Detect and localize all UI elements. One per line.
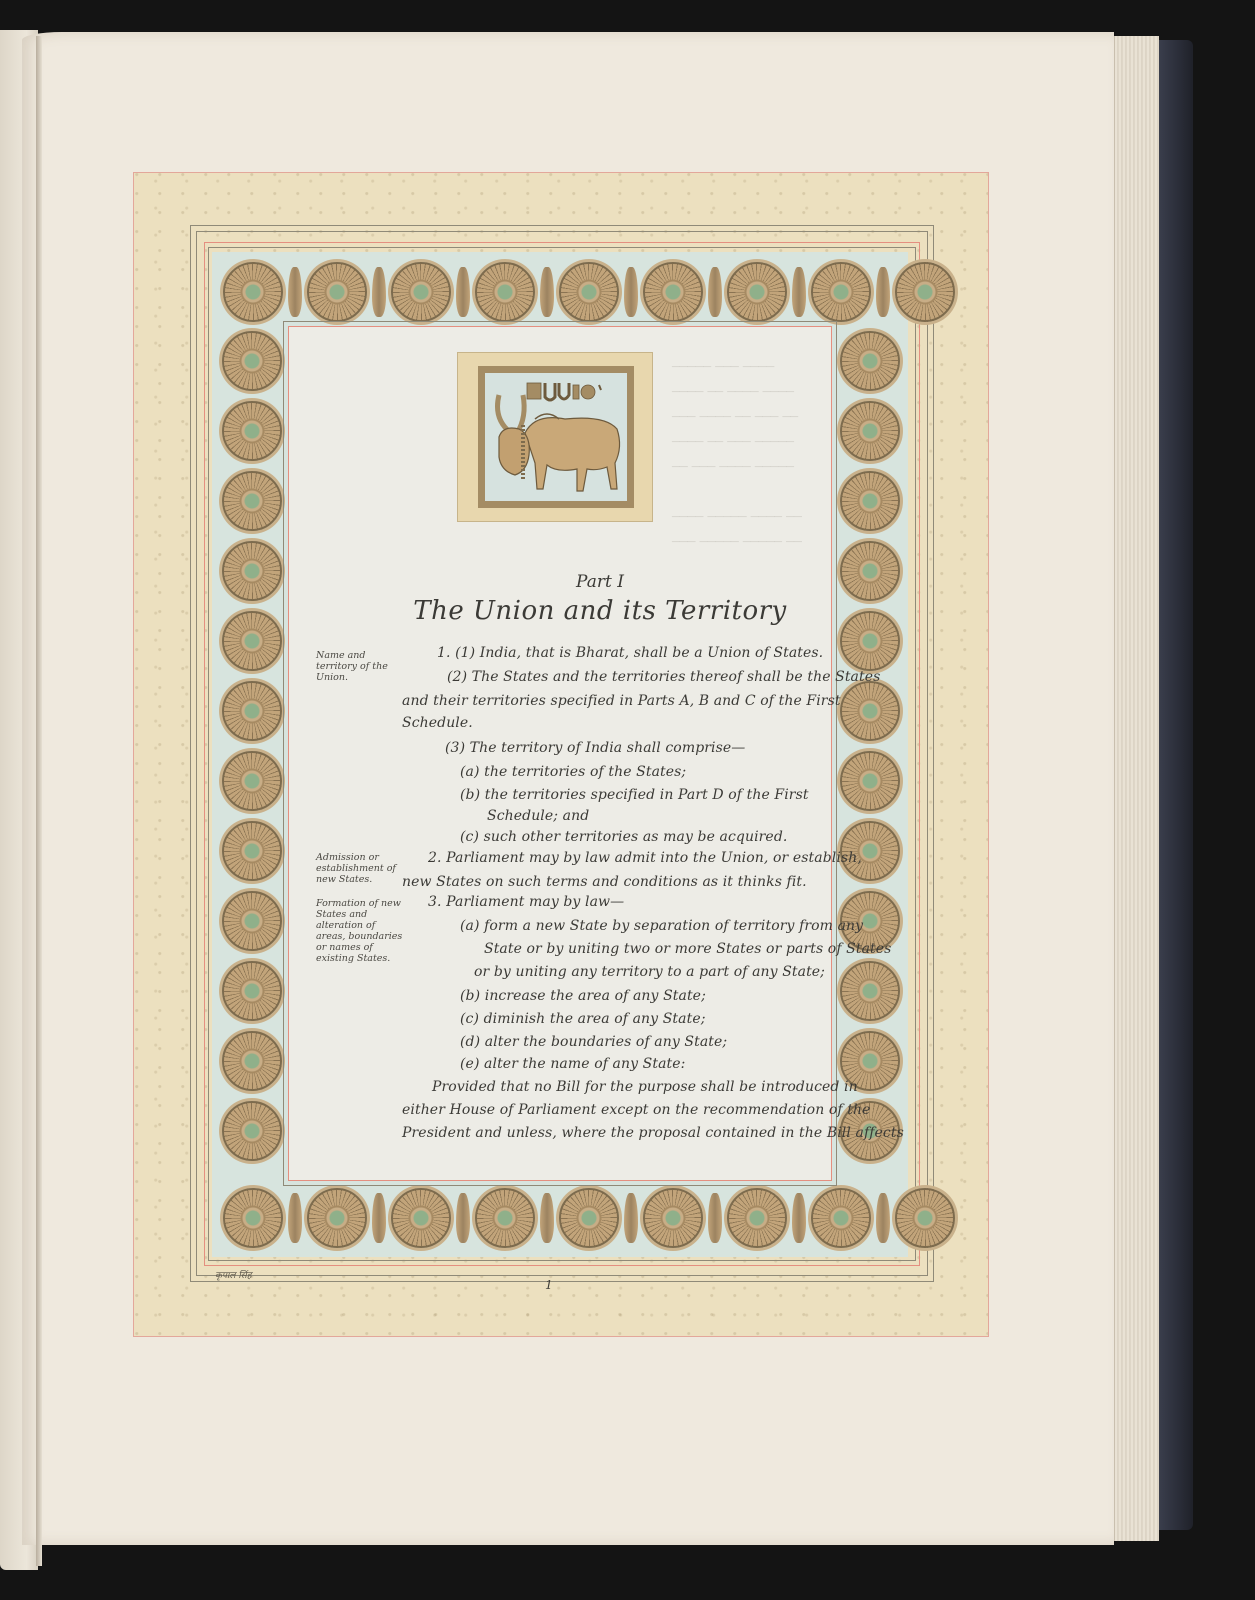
- sunflower-icon: [222, 891, 282, 951]
- article-3-proviso-end: President and unless, where the proposal…: [402, 1125, 904, 1141]
- article-1-clause-3a: (a) the territories of the States;: [460, 764, 686, 780]
- floral-border-left: [218, 326, 286, 1166]
- article-1-clause-2-end: Schedule.: [402, 715, 473, 731]
- sunflower-icon: [727, 262, 787, 322]
- article-1-clause-2-cont: and their territories specified in Parts…: [402, 693, 841, 709]
- article-3b: (b) increase the area of any State;: [460, 988, 706, 1004]
- margin-note-formation: Formation of new States and alteration o…: [316, 898, 404, 964]
- article-2-cont: new States on such terms and conditions …: [402, 874, 807, 890]
- leaf-icon: [456, 1193, 470, 1243]
- leaf-icon: [876, 267, 890, 317]
- sunflower-icon: [895, 1188, 955, 1248]
- article-3-proviso-cont: either House of Parliament except on the…: [402, 1102, 870, 1118]
- sunflower-icon: [222, 961, 282, 1021]
- page-stack-edge: [1114, 36, 1159, 1541]
- artist-signature: कृपाल सिंह: [215, 1268, 252, 1281]
- article-3-proviso: Provided that no Bill for the purpose sh…: [432, 1079, 858, 1095]
- floral-border-bottom: [218, 1184, 960, 1252]
- article-1-clause-3: (3) The territory of India shall compris…: [445, 740, 745, 756]
- floral-border-top: [218, 258, 960, 326]
- book-gutter: [36, 36, 42, 1566]
- sunflower-icon: [811, 1188, 871, 1248]
- article-3d: (d) alter the boundaries of any State;: [460, 1034, 727, 1050]
- sunflower-icon: [223, 262, 283, 322]
- sunflower-icon: [643, 1188, 703, 1248]
- sunflower-icon: [840, 751, 900, 811]
- sunflower-icon: [559, 262, 619, 322]
- leaf-icon: [288, 1193, 302, 1243]
- article-2: 2. Parliament may by law admit into the …: [428, 850, 862, 866]
- leaf-icon: [540, 1193, 554, 1243]
- bleed-through-text: ─── ───── ───── ──: [672, 535, 802, 550]
- bleed-through-text: ── ─── ──── ─────: [672, 460, 794, 475]
- leaf-icon: [456, 267, 470, 317]
- part-label: Part I: [540, 572, 660, 592]
- sunflower-icon: [222, 751, 282, 811]
- leaf-icon: [708, 1193, 722, 1243]
- article-1-clause-2: (2) The States and the territories there…: [447, 669, 880, 685]
- sunflower-icon: [307, 1188, 367, 1248]
- sunflower-icon: [840, 471, 900, 531]
- sunflower-icon: [895, 262, 955, 322]
- sunflower-icon: [840, 401, 900, 461]
- sunflower-icon: [811, 262, 871, 322]
- margin-note-admission: Admission or establishment of new States…: [316, 852, 404, 885]
- leaf-icon: [540, 267, 554, 317]
- bull-seal-icon: [485, 373, 627, 501]
- sunflower-icon: [840, 611, 900, 671]
- article-1-clause-3c: (c) such other territories as may be acq…: [460, 829, 787, 845]
- sunflower-icon: [643, 262, 703, 322]
- article-1-clause-1: 1. (1) India, that is Bharat, shall be a…: [437, 645, 823, 661]
- sunflower-icon: [840, 331, 900, 391]
- article-3c: (c) diminish the area of any State;: [460, 1011, 706, 1027]
- article-3a-cont: State or by uniting two or more States o…: [484, 941, 891, 957]
- article-3e: (e) alter the name of any State:: [460, 1056, 685, 1072]
- article-3: 3. Parliament may by law—: [428, 894, 624, 910]
- sunflower-icon: [222, 331, 282, 391]
- sunflower-icon: [222, 611, 282, 671]
- bleed-through-text: ──── ── ─── ─────: [672, 435, 794, 450]
- sunflower-icon: [223, 1188, 283, 1248]
- bleed-through-text: ───── ─── ────: [672, 360, 774, 375]
- sunflower-icon: [727, 1188, 787, 1248]
- sunflower-icon: [222, 471, 282, 531]
- sunflower-icon: [559, 1188, 619, 1248]
- article-1-clause-3b: (b) the territories specified in Part D …: [460, 787, 809, 803]
- leaf-icon: [708, 267, 722, 317]
- leaf-icon: [792, 1193, 806, 1243]
- sunflower-icon: [222, 401, 282, 461]
- book-cover: [1159, 40, 1193, 1530]
- leaf-icon: [624, 267, 638, 317]
- leaf-icon: [792, 267, 806, 317]
- sunflower-icon: [222, 681, 282, 741]
- sunflower-icon: [222, 1031, 282, 1091]
- sunflower-icon: [391, 1188, 451, 1248]
- sunflower-icon: [222, 821, 282, 881]
- page-number: 1: [545, 1278, 553, 1292]
- sunflower-icon: [840, 681, 900, 741]
- bleed-through-text: ──── ── ──── ────: [672, 385, 794, 400]
- article-1-clause-3b-cont: Schedule; and: [487, 808, 589, 824]
- leaf-icon: [624, 1193, 638, 1243]
- sunflower-icon: [307, 262, 367, 322]
- sunflower-icon: [475, 262, 535, 322]
- leaf-icon: [288, 267, 302, 317]
- sunflower-icon: [391, 262, 451, 322]
- sunflower-icon: [840, 541, 900, 601]
- bull-seal-emblem: [478, 366, 634, 508]
- bleed-through-text: ─── ──── ── ─── ──: [672, 410, 798, 425]
- leaf-icon: [372, 1193, 386, 1243]
- sunflower-icon: [840, 961, 900, 1021]
- leaf-icon: [876, 1193, 890, 1243]
- sunflower-icon: [222, 1101, 282, 1161]
- sunflower-icon: [475, 1188, 535, 1248]
- leaf-icon: [372, 267, 386, 317]
- floral-border-right: [836, 326, 904, 1166]
- margin-note-name-territory: Name and territory of the Union.: [316, 650, 404, 683]
- page-title: The Union and its Territory: [410, 596, 790, 626]
- sunflower-icon: [222, 541, 282, 601]
- article-3a-end: or by uniting any territory to a part of…: [474, 964, 825, 980]
- article-3a: (a) form a new State by separation of te…: [460, 918, 863, 934]
- bleed-through-text: ──── ───── ──── ──: [672, 510, 802, 525]
